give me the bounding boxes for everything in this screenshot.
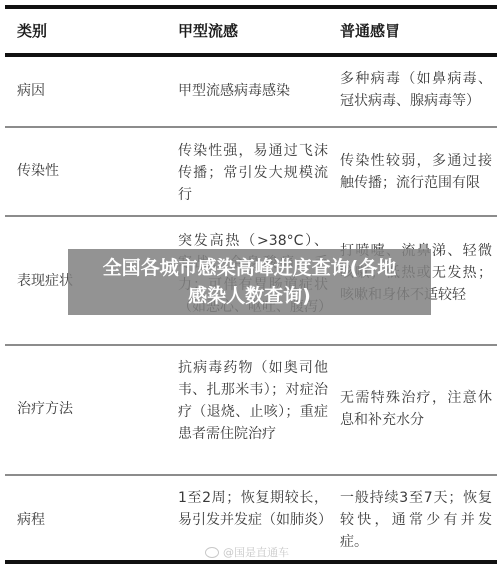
row-divider	[5, 474, 497, 476]
row-cause-flu-a: 甲型流感病毒感染	[178, 80, 328, 102]
weibo-icon	[205, 547, 219, 558]
table-bottom-rule	[5, 560, 497, 564]
row-course-cold: 一般持续3至7天；恢复较快，通常少有并发症。	[340, 487, 492, 553]
header-common-cold: 普通感冒	[340, 20, 492, 42]
header-rule	[5, 53, 497, 57]
row-divider	[5, 126, 497, 128]
row-course-flu-a: 1至2周；恢复期较长，易引发并发症（如肺炎）	[178, 487, 328, 531]
row-treatment-category: 治疗方法	[17, 398, 167, 420]
row-course-category: 病程	[17, 509, 167, 531]
header-flu-a: 甲型流感	[178, 20, 328, 42]
overlay-title-line1: 全国各城市感染高峰进度查询(各地	[68, 254, 431, 282]
table-top-rule	[5, 5, 497, 9]
row-treatment-cold: 无需特殊治疗，注意休息和补充水分	[340, 387, 492, 431]
watermark-text: @国是直通车	[223, 544, 289, 560]
row-contagion-category: 传染性	[17, 160, 167, 182]
header-category: 类别	[17, 20, 167, 42]
row-cause-cold: 多种病毒（如鼻病毒、冠状病毒、腺病毒等）	[340, 68, 492, 112]
overlay-title-line2: 感染人数查询)	[68, 282, 431, 310]
row-contagion-flu-a: 传染性强，易通过飞沫传播；常引发大规模流行	[178, 140, 328, 206]
row-divider	[5, 344, 497, 346]
watermark: @国是直通车	[205, 544, 289, 560]
row-treatment-flu-a: 抗病毒药物（如奥司他韦、扎那米韦）；对症治疗（退烧、止咳）；重症患者需住院治疗	[178, 357, 328, 445]
row-contagion-cold: 传染性较弱，多通过接触传播；流行范围有限	[340, 150, 492, 194]
row-cause-category: 病因	[17, 80, 167, 102]
row-divider	[5, 215, 497, 217]
title-overlay-banner[interactable]: 全国各城市感染高峰进度查询(各地 感染人数查询)	[68, 249, 431, 315]
